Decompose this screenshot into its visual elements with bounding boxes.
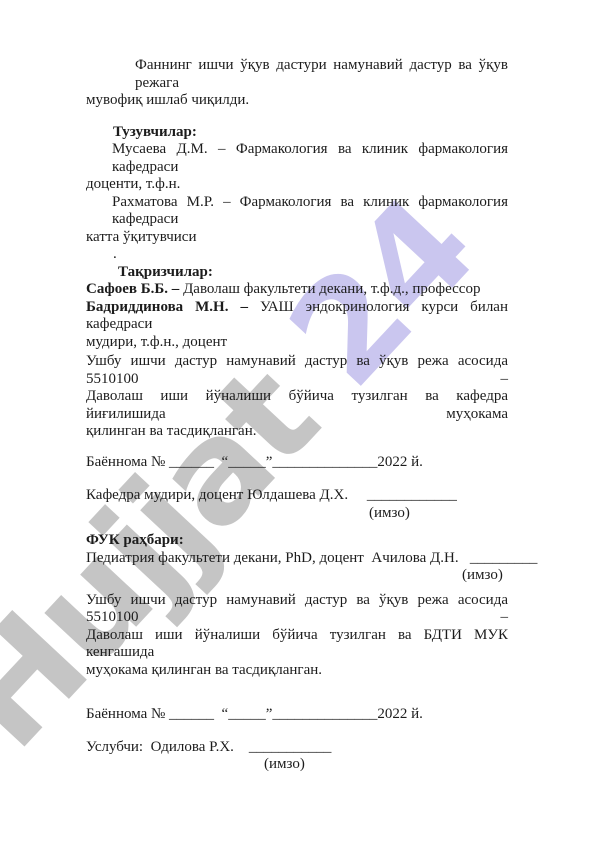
approval1-line-2: Даволаш иши йўналиши бўйича тузилган ва … bbox=[86, 388, 508, 423]
fuk-signature-line: Педиатрия факультети декани, PhD, доцент… bbox=[86, 550, 508, 568]
intro-line-1: Фаннинг ишчи ўқув дастури намунавий даст… bbox=[86, 57, 508, 92]
approval2-line-3: муҳокама қилинган ва тасдиқланган. bbox=[86, 662, 508, 680]
heading-reviewers: Тақризчилар: bbox=[86, 264, 508, 282]
imzo-label-3: (имзо) bbox=[86, 756, 508, 774]
approval1-line-3: қилинган ва тасдиқланган. bbox=[86, 423, 508, 441]
protocol-line-1: Баённома № ______ “_____”______________2… bbox=[86, 454, 508, 472]
document-body: Фаннинг ишчи ўқув дастури намунавий даст… bbox=[86, 57, 508, 774]
a4-document-page: Hujjat 24 Фаннинг ишчи ўқув дастури наму… bbox=[0, 0, 596, 842]
heading-compilers: Тузувчилар: bbox=[86, 124, 508, 142]
approval1-line-1: Ушбу ишчи дастур намунавий дастур ва ўқу… bbox=[86, 353, 508, 388]
approval2-line-1: Ушбу ишчи дастур намунавий дастур ва ўқу… bbox=[86, 592, 508, 627]
protocol-line-2: Баённома № ______ “_____”______________2… bbox=[86, 706, 508, 724]
reviewer-2-name: Бадриддинова М.Н. – bbox=[86, 299, 248, 315]
uslubchi-signature-line: Услубчи: Одилова Р.Х. ___________ bbox=[86, 739, 508, 757]
heading-fuk: ФУК раҳбари: bbox=[86, 532, 508, 550]
compiler-1-line-1: Мусаева Д.М. – Фармакология ва клиник фа… bbox=[86, 141, 508, 176]
imzo-label-1: (имзо) bbox=[86, 505, 508, 523]
reviewer-1-title: Даволаш факультети декани, т.ф.д., профе… bbox=[179, 281, 480, 297]
compiler-1-line-2: доценти, т.ф.н. bbox=[86, 176, 508, 194]
head-signature-line: Кафедра мудири, доцент Юлдашева Д.Х. ___… bbox=[86, 487, 508, 505]
reviewer-2-line-2: мудири, т.ф.н., доцент bbox=[86, 334, 508, 352]
compiler-2-line-1: Рахматова М.Р. – Фармакология ва клиник … bbox=[86, 194, 508, 229]
reviewer-1-line: Сафоев Б.Б. – Даволаш факультети декани,… bbox=[86, 281, 508, 299]
reviewer-1-name: Сафоев Б.Б. – bbox=[86, 281, 179, 297]
approval2-line-2: Даволаш иши йўналиши бўйича тузилган ва … bbox=[86, 627, 508, 662]
imzo-label-2: (имзо) bbox=[86, 567, 508, 585]
reviewer-2-line-1: Бадриддинова М.Н. – УАШ эндокринология к… bbox=[86, 299, 508, 334]
stray-dot-line: . bbox=[86, 246, 508, 264]
intro-line-2: мувофиқ ишлаб чиқилди. bbox=[86, 92, 508, 110]
compiler-2-line-2: катта ўқитувчиси bbox=[86, 229, 508, 247]
